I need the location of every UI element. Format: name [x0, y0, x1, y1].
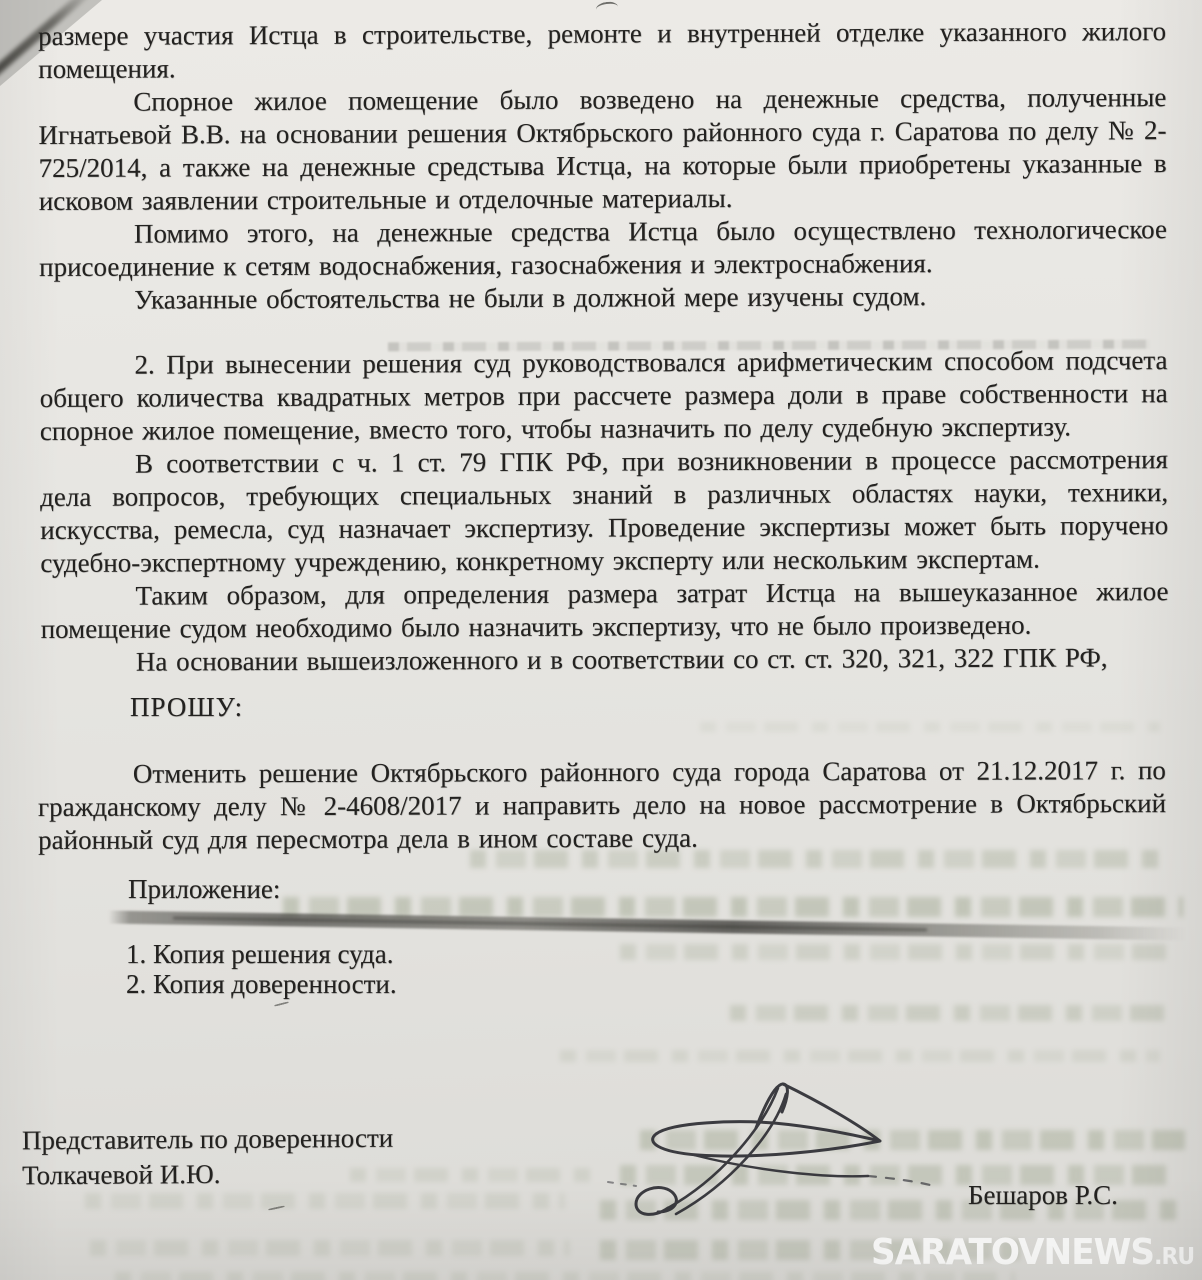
attachment-item: 2. Копия доверенности. — [126, 969, 397, 999]
signature-stroke — [653, 1084, 880, 1156]
request-heading: ПРОШУ: — [130, 692, 243, 723]
bleed-through-artifact — [700, 722, 1160, 732]
dark-smudge-streak — [108, 911, 1186, 941]
bleed-through-artifact — [85, 1193, 565, 1209]
bleed-through-artifact — [90, 1240, 570, 1256]
signature-stroke — [668, 1088, 778, 1208]
bleed-through-artifact — [620, 944, 1180, 960]
attachment-item: 1. Копия решения суда. — [126, 939, 397, 969]
handwritten-signature — [606, 1068, 966, 1228]
bleed-through-artifact — [730, 1005, 1170, 1021]
bleed-through-artifact — [115, 1272, 1015, 1280]
signature-stroke — [694, 1155, 868, 1176]
watermark: SARATOVNEWS.RU — [871, 1232, 1194, 1273]
signature-stroke — [868, 1176, 930, 1185]
pencil-scribble-mark — [595, 1, 618, 16]
bleed-through-artifact — [283, 897, 1183, 917]
paragraph: Таким образом, для определения размера з… — [40, 575, 1168, 646]
signature-stroke — [608, 1182, 636, 1186]
paragraph: 2. При вынесении решения суд руководство… — [39, 344, 1167, 448]
paragraph: Помимо этого, на денежные средства Истца… — [39, 213, 1167, 284]
scanned-court-appeal-page: размере участия Истца в строительстве, р… — [0, 0, 1202, 1280]
paragraph: Спорное жилое помещение было возведено н… — [38, 81, 1167, 218]
bleed-through-artifact — [560, 1050, 1160, 1062]
signer-right-name: Бешаров Р.С. — [968, 1180, 1118, 1211]
paragraph: Указанные обстоятельства не были в должн… — [39, 279, 1167, 317]
paragraph: В соответствии с ч. 1 ст. 79 ГПК РФ, при… — [40, 443, 1169, 580]
paragraph: размере участия Истца в строительстве, р… — [38, 15, 1166, 86]
request-paragraph: Отменить решение Октябрьского районного … — [38, 754, 1166, 857]
pencil-dash-mark — [268, 1205, 285, 1210]
watermark-tld: .RU — [1154, 1244, 1194, 1270]
paragraph: На основании вышеизложенного и в соответ… — [41, 641, 1169, 679]
signer-block-left: Представитель по доверенности Толкачевой… — [22, 1121, 394, 1194]
signature-stroke — [636, 1188, 676, 1215]
signer-name: Толкачевой И.Ю. — [22, 1156, 394, 1194]
attachments-list: 1. Копия решения суда. 2. Копия доверенн… — [126, 939, 397, 999]
pencil-dash-mark — [274, 1001, 289, 1007]
attachments-heading: Приложение: — [128, 874, 280, 905]
signer-role: Представитель по доверенности — [22, 1121, 394, 1159]
watermark-brand: SARATOVNEWS — [871, 1232, 1154, 1273]
